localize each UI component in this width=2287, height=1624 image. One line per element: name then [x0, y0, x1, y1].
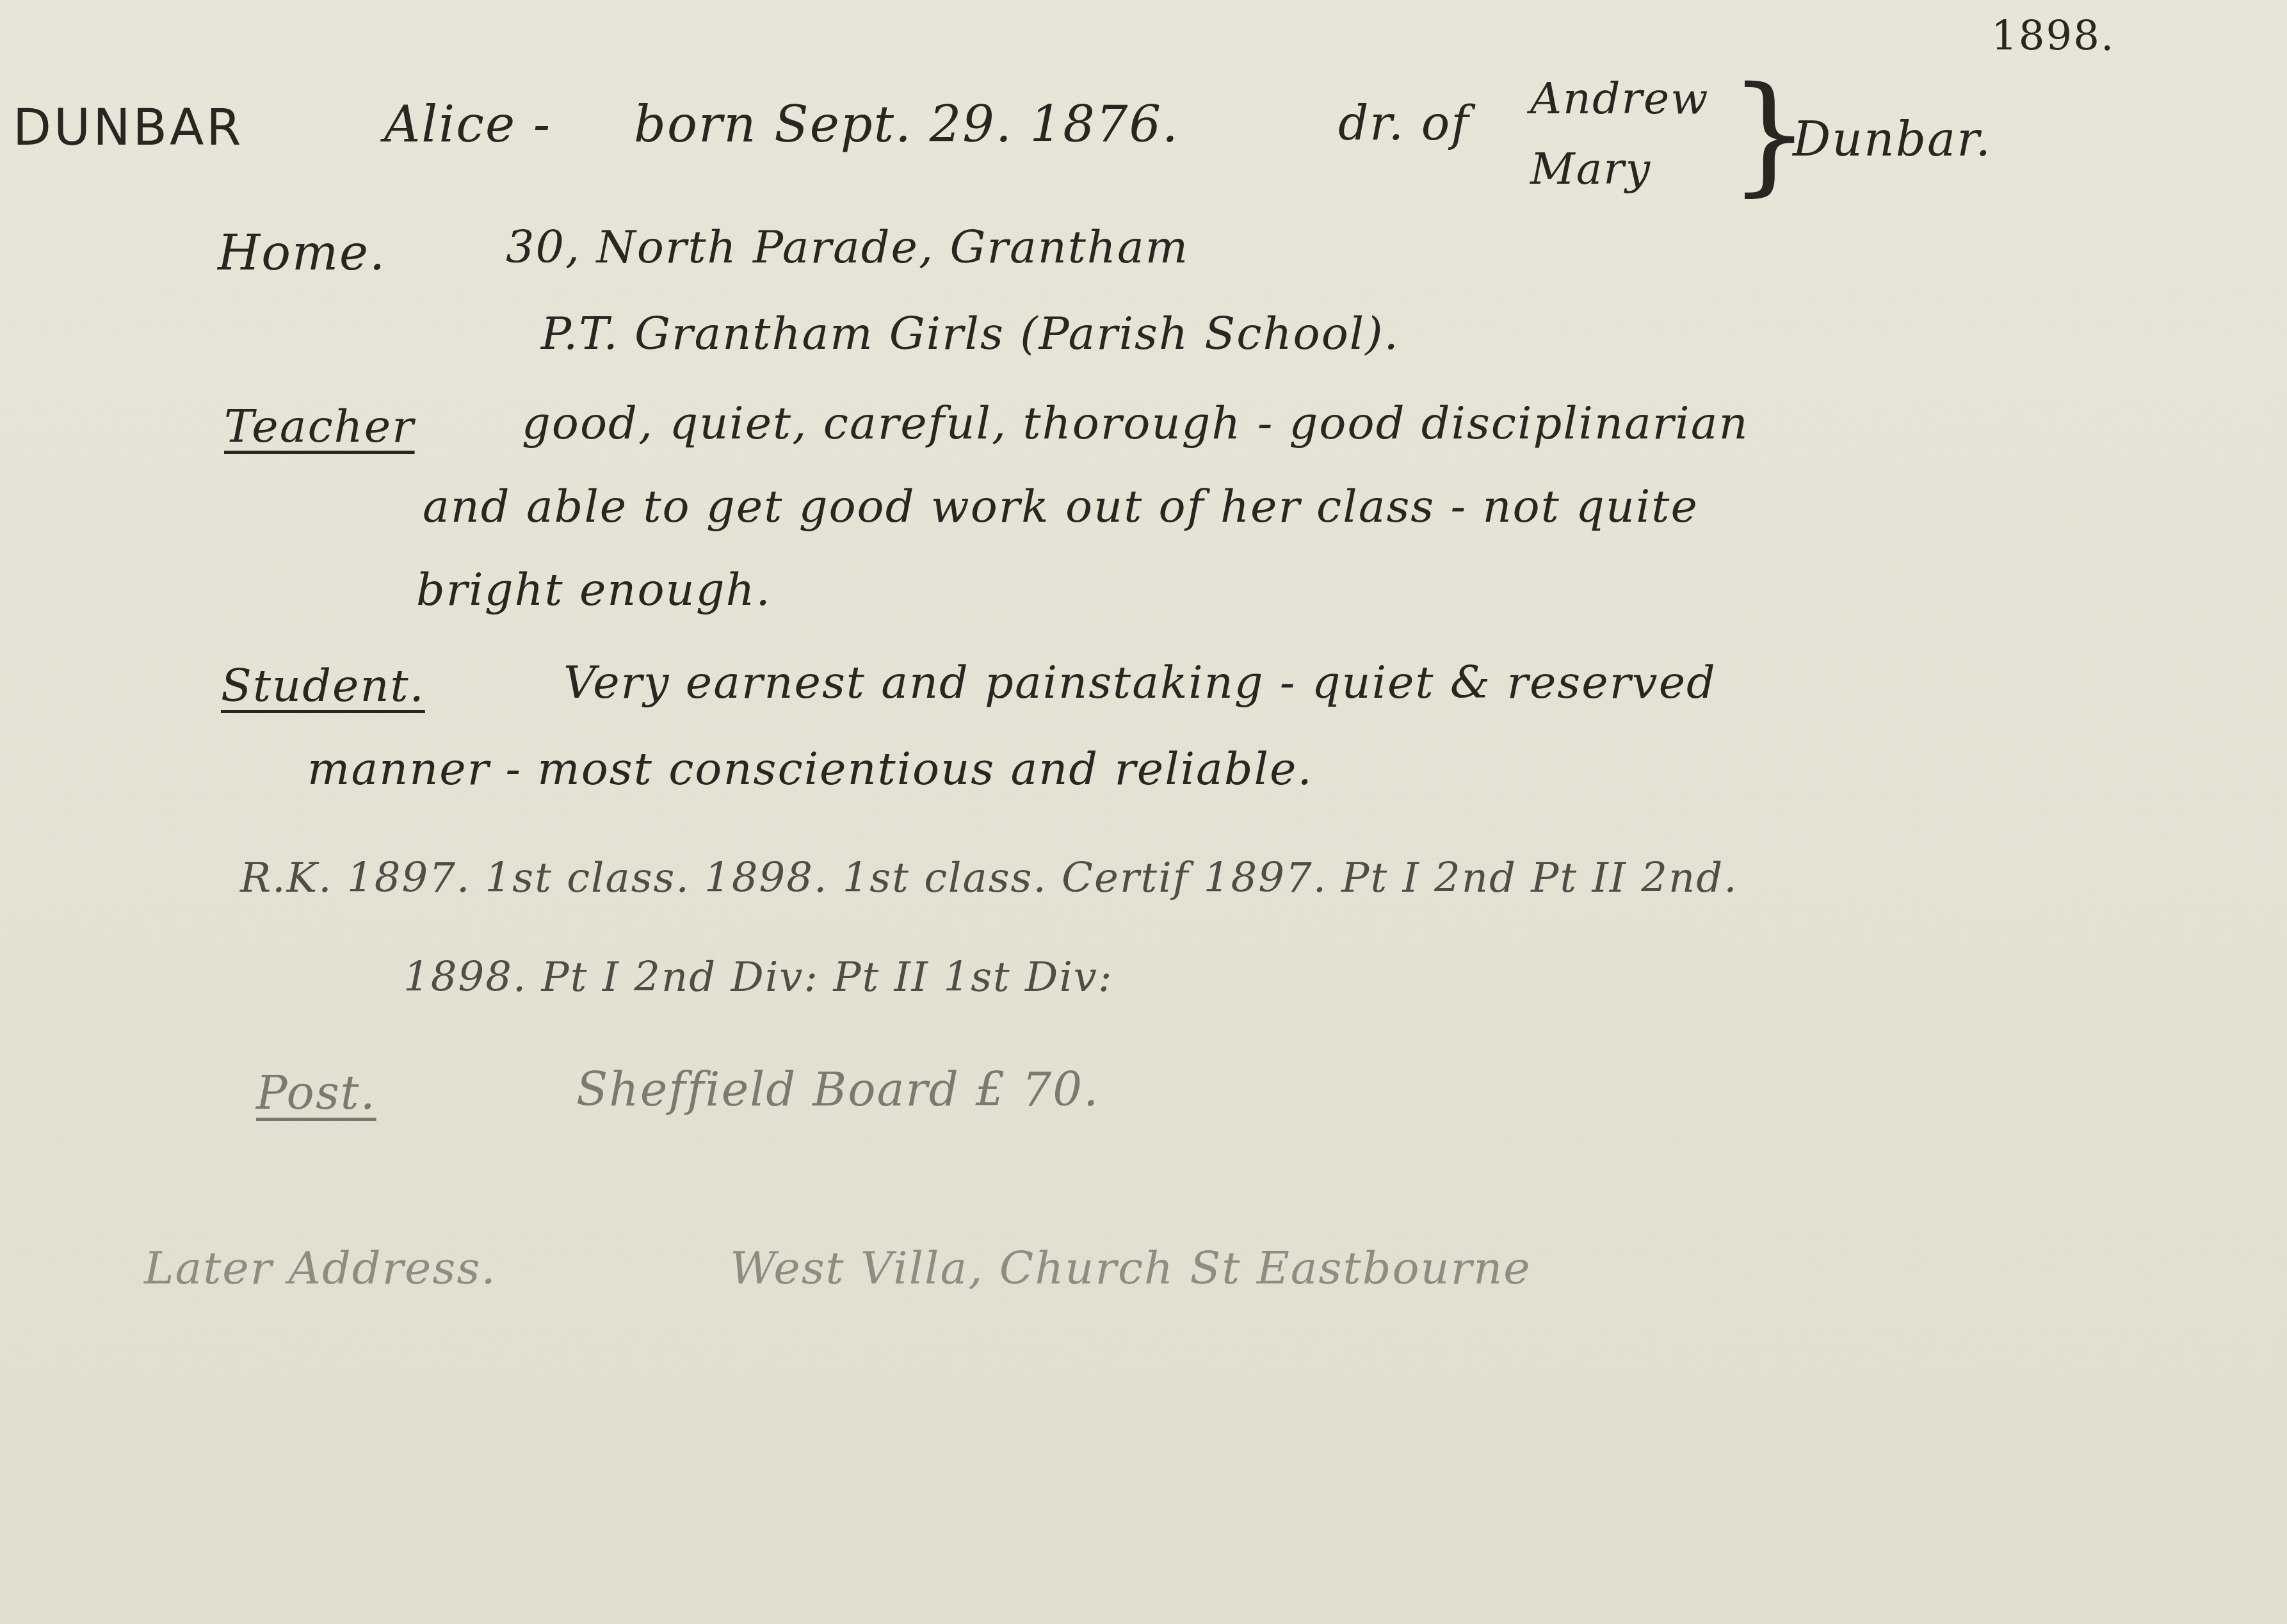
surname: DUNBAR	[13, 99, 244, 157]
home-school: P.T. Grantham Girls (Parish School).	[541, 307, 1400, 360]
later-address-value: West Villa, Church St Eastbourne	[730, 1242, 1531, 1294]
record-year: 1898.	[1991, 13, 2115, 60]
birth-date: born Sept. 29. 1876.	[634, 96, 1179, 154]
record-card: 1898. DUNBAR Alice - born Sept. 29. 1876…	[0, 0, 2287, 1624]
home-label: Home.	[218, 224, 386, 281]
parents-surname: Dunbar.	[1793, 112, 1992, 167]
home-address: 30, North Parade, Grantham	[506, 221, 1189, 273]
mother-name: Mary	[1530, 134, 1709, 205]
given-name: Alice -	[384, 96, 551, 154]
post-label: Post.	[256, 1066, 376, 1120]
student-label: Student.	[221, 659, 425, 712]
qualifications-line-2: 1898. Pt I 2nd Div: Pt II 1st Div:	[403, 954, 1113, 1001]
student-line-1: Very earnest and painstaking - quiet & r…	[563, 656, 1717, 709]
teacher-line-1: good, quiet, careful, thorough - good di…	[522, 397, 1749, 449]
qualifications-line-1: R.K. 1897. 1st class. 1898. 1st class. C…	[240, 855, 1738, 902]
father-name: Andrew	[1530, 64, 1709, 134]
teacher-line-3: bright enough.	[416, 563, 772, 616]
parents: Andrew Mary	[1530, 64, 1709, 205]
relation: dr. of	[1338, 96, 1470, 151]
teacher-line-2: and able to get good work out of her cla…	[423, 480, 1699, 533]
student-line-2: manner - most conscientious and reliable…	[307, 743, 1313, 795]
later-address-label: Later Address.	[144, 1242, 497, 1294]
teacher-label: Teacher	[224, 400, 415, 453]
post-value: Sheffield Board £ 70.	[576, 1063, 1099, 1116]
